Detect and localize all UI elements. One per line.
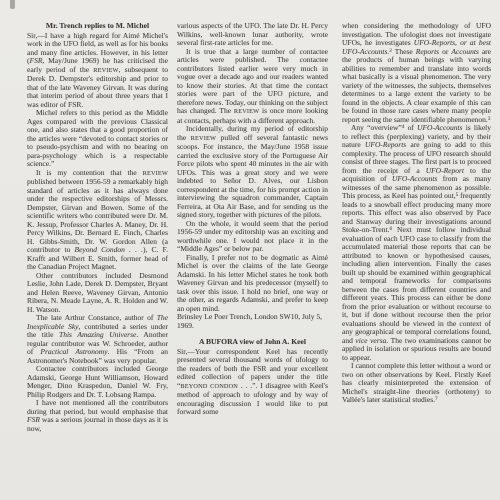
- paragraph: Other contributors included Desmond Lesl…: [27, 272, 168, 315]
- paragraph: Incidentally, during my period of editor…: [177, 125, 328, 220]
- paragraph: Finally, I prefer not to be dogmatic as …: [177, 254, 328, 314]
- text-segment: REVIEW: [234, 108, 259, 115]
- text-segment: REVIEW: [191, 135, 216, 142]
- text-segment: On the whole, it would seem that the per…: [177, 219, 328, 254]
- column-left: Mr. Trench replies to M. MichelSir,—I ha…: [27, 22, 168, 500]
- text-segment: Next must follow individual evaluation o…: [342, 225, 491, 345]
- footnote-marker: 4: [402, 124, 405, 130]
- footnote-marker: 7: [435, 396, 438, 402]
- text-segment: REVIEW: [143, 170, 168, 177]
- text-segment: I cannot complete this letter without a …: [342, 361, 491, 404]
- text-segment: Finally, I prefer not to be dogmatic as …: [177, 253, 328, 313]
- footnote-marker: 5: [456, 192, 459, 198]
- paragraph: The late Arthur Constance, author of The…: [27, 314, 168, 365]
- column-right: when considering the methodology of UFO …: [342, 22, 491, 500]
- text-segment: It is true that a large number of contac…: [177, 47, 328, 116]
- footnote-marker: 2: [389, 48, 392, 54]
- letter-bufora-heading: A BUFORA view of John A. Keel: [177, 338, 328, 347]
- text-segment: Other contributors included Desmond Lesl…: [27, 271, 168, 314]
- column-middle: various aspects of the UFO. The late Dr.…: [177, 22, 328, 500]
- text-segment: Contactee contributors included George A…: [27, 364, 168, 399]
- paragraph: Contactee contributors included George A…: [27, 365, 168, 399]
- ink-smudge-artifact: [10, 0, 15, 9]
- text-segment: REVIEW: [93, 67, 118, 74]
- paragraph: Michel refers to this period as the Midd…: [27, 109, 168, 169]
- signature-line: Brinsley Le Poer Trench, London SW10, Ju…: [177, 313, 328, 330]
- paragraph: On the whole, it would seem that the per…: [177, 220, 328, 254]
- paragraph: It is my contention that the REVIEW publ…: [27, 169, 168, 272]
- text-segment: was a serious journal in those days as i…: [27, 415, 168, 433]
- text-segment: BEYOND CONDON: [180, 383, 238, 390]
- text-segment: I have not mentioned all the contributor…: [27, 398, 168, 416]
- paragraph: I cannot complete this letter without a …: [342, 362, 491, 405]
- text-segment: published between 1956-59 a remarkably h…: [27, 177, 168, 254]
- paragraph: when considering the methodology of UFO …: [342, 22, 491, 124]
- text-segment: Michel refers to this period as the Midd…: [27, 108, 168, 168]
- text-segment: pulled off several fantastic news scoops…: [177, 133, 328, 220]
- paragraph: Any “overview”4 of UFO-Accounts is likel…: [342, 124, 491, 362]
- paragraph: Sir,—I have a high regard for Aimé Miche…: [27, 32, 168, 110]
- footnote-marker: 3: [488, 116, 491, 122]
- text-segment: It is my contention that the: [36, 168, 143, 177]
- text-segment: are the products of human beings with va…: [342, 47, 491, 124]
- scanned-letters-page: Mr. Trench replies to M. MichelSir,—I ha…: [0, 0, 500, 500]
- paragraph: It is true that a large number of contac…: [177, 48, 328, 126]
- footnote-marker: 6: [389, 226, 392, 232]
- text-segment: various aspects of the UFO. The late Dr.…: [177, 22, 328, 47]
- letter-trench-heading: Mr. Trench replies to M. Michel: [27, 22, 168, 31]
- paragraph: I have not mentioned all the contributor…: [27, 399, 168, 433]
- paragraph: Sir,—Your correspondent Keel has recentl…: [177, 348, 328, 417]
- text-segment: Brinsley Le Poer Trench, London SW10, Ju…: [177, 312, 322, 330]
- paragraph: various aspects of the UFO. The late Dr.…: [177, 22, 328, 48]
